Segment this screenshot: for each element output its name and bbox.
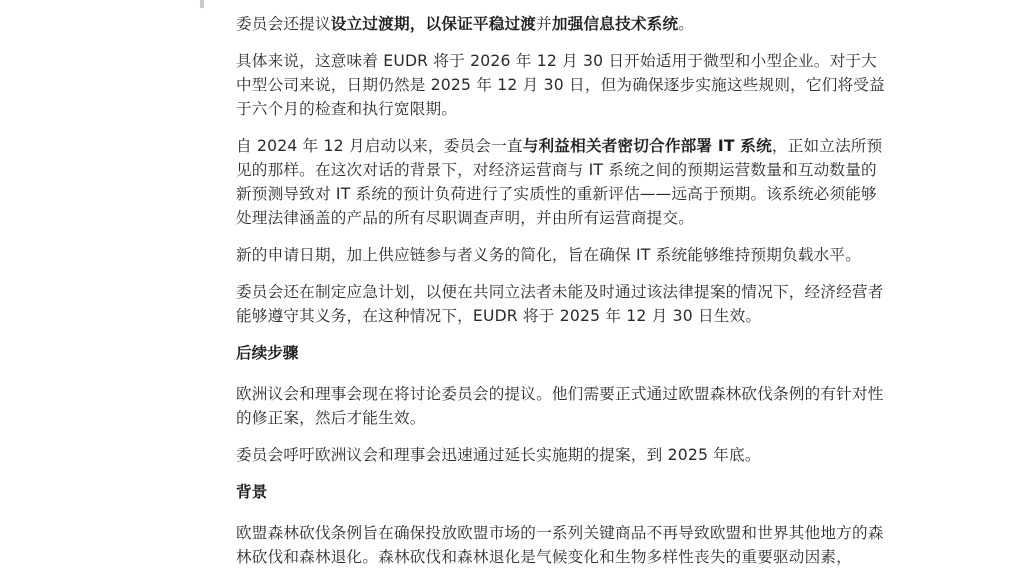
blockquote-bar: [200, 0, 204, 8]
heading-background: 背景: [236, 480, 886, 504]
bold-text: 与利益相关者密切合作部署 IT 系统: [523, 137, 772, 155]
paragraph-contingency: 委员会还在制定应急计划，以便在共同立法者未能及时通过该法律提案的情况下，经济经营…: [236, 280, 886, 328]
text: 并: [536, 15, 552, 33]
paragraph-it-system: 自 2024 年 12 月启动以来，委员会一直与利益相关者密切合作部署 IT 系…: [236, 134, 886, 230]
paragraph-background: 欧盟森林砍伐条例旨在确保投放欧盟市场的一系列关键商品不再导致欧盟和世界其他地方的…: [236, 521, 886, 569]
bold-text: 设立过渡期，以保证平稳过渡: [331, 15, 536, 33]
paragraph-transition-period: 委员会还提议设立过渡期，以保证平稳过渡并加强信息技术系统。: [236, 12, 886, 36]
paragraph-parliament: 欧洲议会和理事会现在将讨论委员会的提议。他们需要正式通过欧盟森林砍伐条例的有针对…: [236, 382, 886, 430]
text: 委员会还提议: [236, 15, 331, 33]
text: 。: [678, 15, 694, 33]
bold-text: 加强信息技术系统: [552, 15, 678, 33]
paragraph-load-level: 新的申请日期，加上供应链参与者义务的简化，旨在确保 IT 系统能够维持预期负载水…: [236, 243, 886, 267]
article-body: 委员会还提议设立过渡期，以保证平稳过渡并加强信息技术系统。 具体来说，这意味着 …: [236, 12, 886, 582]
paragraph-dates: 具体来说，这意味着 EUDR 将于 2026 年 12 月 30 日开始适用于微…: [236, 49, 886, 121]
text: 自 2024 年 12 月启动以来，委员会一直: [236, 137, 523, 155]
paragraph-call: 委员会呼吁欧洲议会和理事会迅速通过延长实施期的提案，到 2025 年底。: [236, 443, 886, 467]
heading-next-steps: 后续步骤: [236, 341, 886, 365]
